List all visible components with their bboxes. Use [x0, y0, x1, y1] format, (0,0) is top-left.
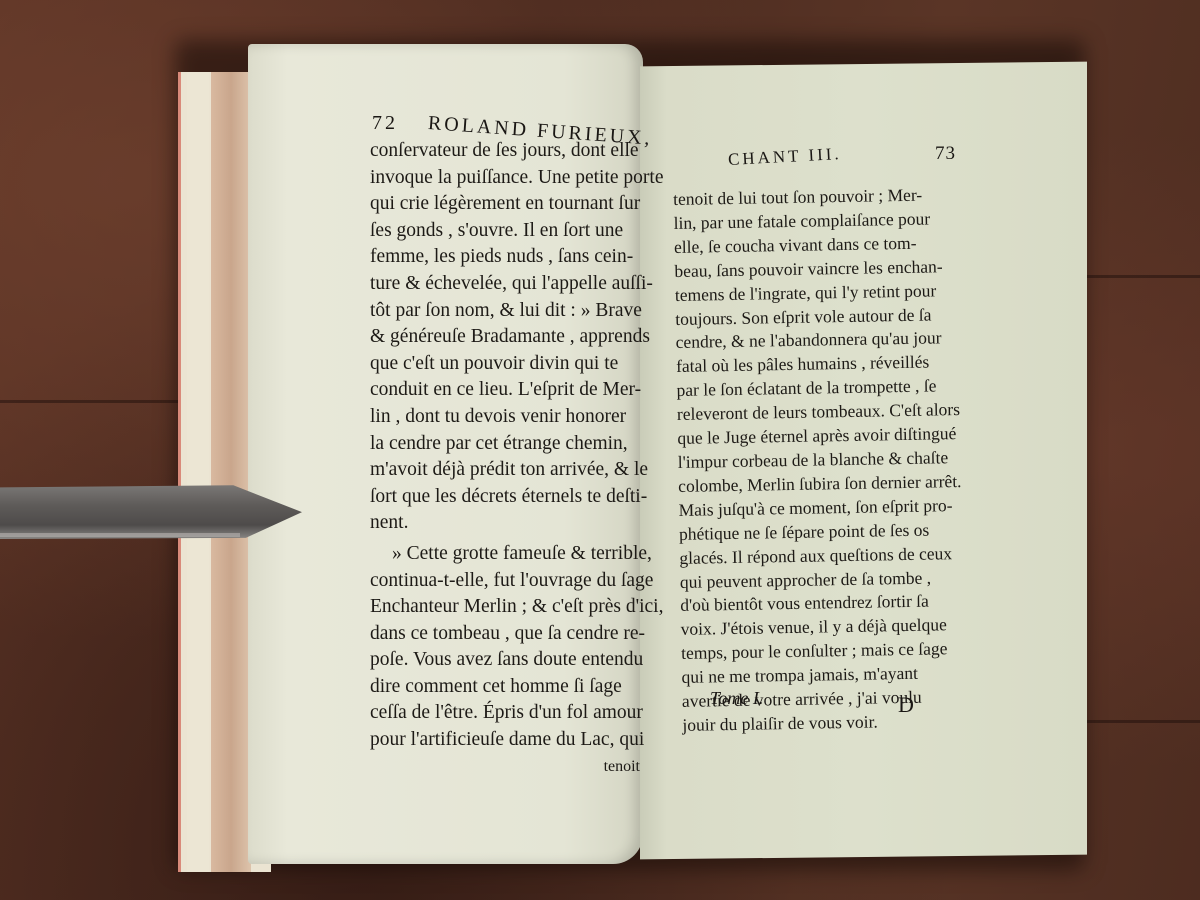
knife-edge-highlight	[0, 533, 240, 537]
volume-footer: Tome I.	[710, 688, 763, 709]
text-line: que c'eſt un pouvoir divin qui te	[370, 351, 640, 378]
catchword: tenoit	[370, 754, 640, 781]
text-line: dans ce tombeau , que ſa cendre re-	[370, 621, 640, 648]
signature-mark: D	[898, 692, 914, 718]
left-page-body: conſervateur de ſes jours, dont elle inv…	[370, 138, 640, 780]
text-line: conduit en ce lieu. L'eſprit de Mer-	[370, 377, 640, 404]
right-page-body: tenoit de lui tout ſon pouvoir ; Mer- li…	[673, 183, 983, 738]
text-line: ſes gonds , s'ouvre. Il en ſort une	[370, 218, 640, 245]
text-line: continua-t-elle, fut l'ouvrage du ſage	[370, 568, 640, 595]
text-line: qui crie légèrement en tournant ſur	[370, 191, 640, 218]
page-edge-strip	[187, 72, 209, 872]
text-line: m'avoit déjà prédit ton arrivée, & le	[370, 457, 640, 484]
text-line: ture & échevelée, qui l'appelle auſſi-	[370, 271, 640, 298]
wood-seam	[0, 400, 180, 403]
page-edge-strip	[211, 72, 251, 872]
text-line: Enchanteur Merlin ; & c'eſt près d'ici,	[370, 594, 640, 621]
text-line: ſort que les décrets éternels te deſti-	[370, 484, 640, 511]
text-line: nent.	[370, 510, 640, 537]
text-line: dire comment cet homme ſi ſage	[370, 674, 640, 701]
text-line: la cendre par cet étrange chemin,	[370, 431, 640, 458]
wood-seam	[1085, 720, 1200, 723]
wood-seam	[1085, 275, 1200, 278]
text-line: tôt par ſon nom, & lui dit : » Brave	[370, 298, 640, 325]
text-line: lin , dont tu devois venir honorer	[370, 404, 640, 431]
left-page-number: 72	[372, 112, 398, 135]
text-line: poſe. Vous avez ſans doute entendu	[370, 647, 640, 674]
text-line: femme, les pieds nuds , ſans cein-	[370, 244, 640, 271]
text-line: » Cette grotte fameuſe & terrible,	[370, 541, 640, 568]
right-page-number: 73	[935, 143, 956, 165]
text-line: invoque la puiſſance. Une petite porte	[370, 165, 640, 192]
text-line: conſervateur de ſes jours, dont elle	[370, 138, 640, 165]
text-line: ceſſa de l'être. Épris d'un fol amour	[370, 700, 640, 727]
text-line: & généreuſe Bradamante , apprends	[370, 324, 640, 351]
text-line: pour l'artificieuſe dame du Lac, qui	[370, 727, 640, 754]
